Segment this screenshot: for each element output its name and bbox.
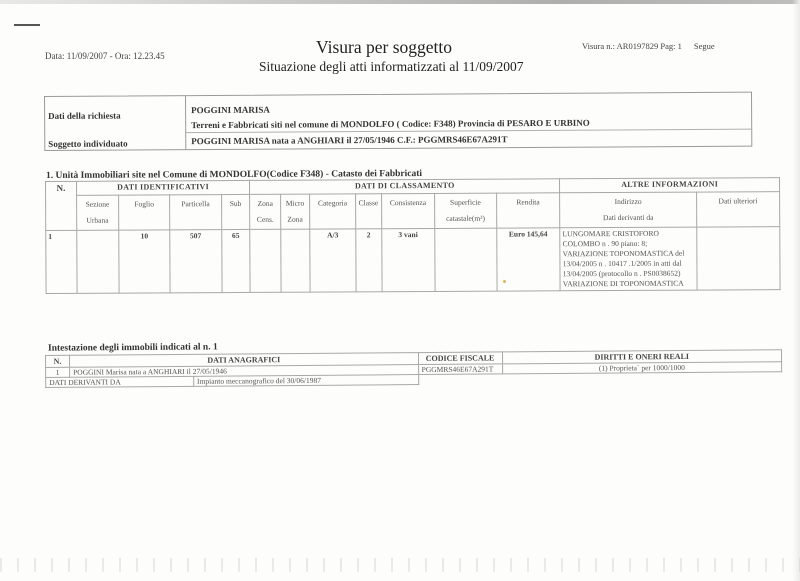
cell-zona xyxy=(250,229,281,292)
scan-noise-bottom xyxy=(0,558,800,572)
cell-consistenza: 3 vani xyxy=(381,228,435,291)
subject-value: POGGINI MARISA nata a ANGHIARI il 27/05/… xyxy=(191,134,507,146)
col-micro: Micro Zona xyxy=(281,194,310,229)
document-subtitle: Situazione degli atti informatizzati al … xyxy=(259,59,524,75)
cell-foglio: 10 xyxy=(119,230,171,293)
properties-table: N. DATI IDENTIFICATIVI DATI DI CLASSAMEN… xyxy=(45,177,781,294)
col-particella: Particella xyxy=(170,195,222,230)
owners-table: N. DATI ANAGRAFICI CODICE FISCALE DIRITT… xyxy=(45,349,782,388)
col-superficie: Superficie catastale(m²) xyxy=(435,193,497,228)
print-date: Data: 11/09/2007 - Ora: 12.23.45 xyxy=(45,51,165,61)
continues-label: Segue xyxy=(694,41,715,51)
derived-value: Impianto meccanografico del 30/06/1987 xyxy=(193,375,418,387)
group-identificativi: DATI IDENTIFICATIVI xyxy=(76,180,250,195)
col-derivanti-label: Dati derivanti da xyxy=(562,210,694,227)
cell-particella: 507 xyxy=(170,230,222,293)
cell-classe: 2 xyxy=(356,229,382,292)
cell-n: 1 xyxy=(46,230,77,293)
cell-ulteriori xyxy=(697,227,781,290)
request-scope: Terreni e Fabbricati siti nel comune di … xyxy=(191,118,590,130)
cell-categoria: A/3 xyxy=(310,229,357,292)
col-indirizzo: Indirizzo Dati derivanti da xyxy=(560,192,697,228)
col-consistenza: Consistenza xyxy=(381,193,435,228)
request-name: POGGINI MARISA xyxy=(191,105,270,115)
document-title: Visura per soggetto xyxy=(316,37,452,58)
owners-col-n: N. xyxy=(46,355,70,367)
owners-section-title: Intestazione degli immobili indicati al … xyxy=(48,342,218,353)
owners-col-cf: CODICE FISCALE xyxy=(418,352,502,365)
document-reference: Visura n.: AR0197829 Pag: 1Segue xyxy=(582,41,715,51)
col-ulteriori: Dati ulteriori xyxy=(696,192,779,227)
request-box: Dati della richiesta Soggetto individuat… xyxy=(44,92,752,151)
scan-speck xyxy=(503,280,506,283)
cell-superficie xyxy=(435,228,497,291)
col-n: N. xyxy=(46,181,77,230)
col-foglio: Foglio xyxy=(118,195,170,230)
request-label: Dati della richiesta xyxy=(48,111,121,121)
visura-number: Visura n.: AR0197829 Pag: 1 xyxy=(582,41,682,51)
col-sub: Sub xyxy=(221,194,250,229)
scan-edge-top xyxy=(0,0,800,4)
group-altre-informazioni: ALTRE INFORMAZIONI xyxy=(560,178,780,193)
col-rendita: Rendita xyxy=(496,193,560,228)
subject-label: Soggetto individuato xyxy=(48,138,127,148)
owner-n: 1 xyxy=(46,367,70,377)
owner-cf: PGGMRS46E67A291T xyxy=(418,364,502,375)
cell-indirizzo: LUNGOMARE CRISTOFORO COLOMBO n . 90 pian… xyxy=(560,227,697,291)
col-sezione: Sezione Urbana xyxy=(76,195,118,230)
scan-mark xyxy=(14,24,40,26)
col-indirizzo-label: Indirizzo xyxy=(562,194,694,211)
cell-sezione xyxy=(77,230,119,293)
table-row: 1 10 507 65 A/3 2 3 vani Euro 145,64 LUN… xyxy=(46,227,780,294)
cell-micro xyxy=(281,229,310,292)
cell-sub: 65 xyxy=(221,229,250,292)
col-classe: Classe xyxy=(356,194,382,229)
col-zona: Zona Cens. xyxy=(250,194,281,229)
scan-edge-right xyxy=(792,0,800,581)
col-categoria: Categoria xyxy=(309,194,355,229)
derived-label: DATI DERIVANTI DA xyxy=(46,376,194,387)
